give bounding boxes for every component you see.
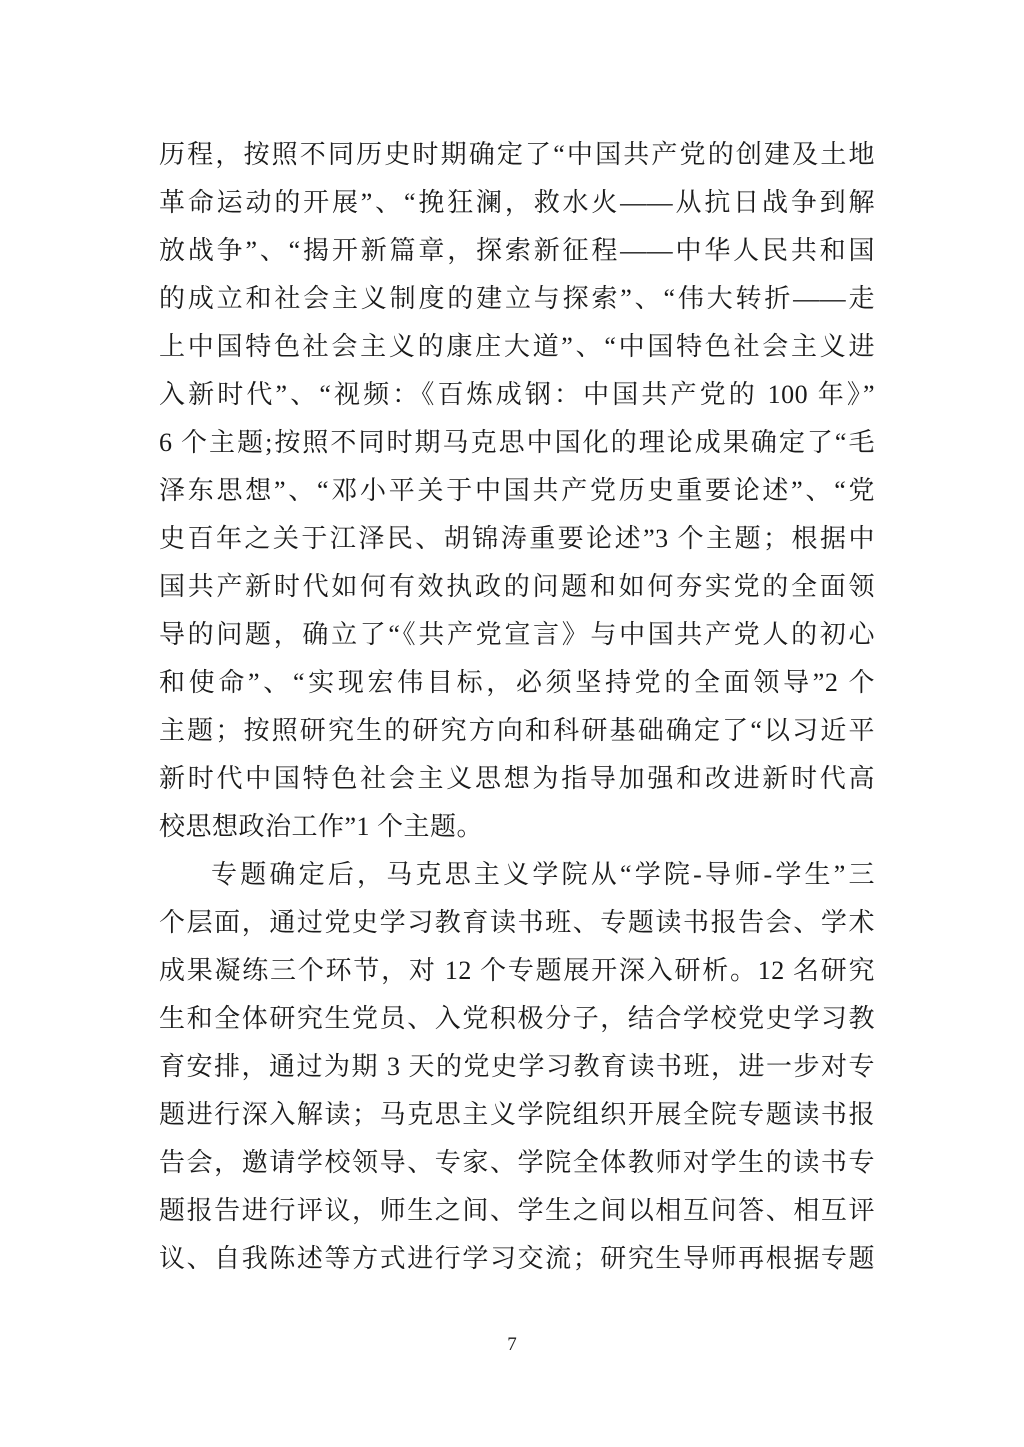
document-page: 历程，按照不同历史时期确定了“中国共产党的创建及土地革命运动的开展”、“挽狂澜，… xyxy=(0,0,1024,1447)
text-line: 专题确定后，马克思主义学院从“学院-导师-学生”三 xyxy=(159,851,875,899)
text-line: 成果凝练三个环节，对 12 个专题展开深入研析。12 名研究 xyxy=(159,947,875,995)
text-line: 题进行深入解读；马克思主义学院组织开展全院专题读书报 xyxy=(159,1091,875,1139)
text-line: 的成立和社会主义制度的建立与探索”、“伟大转折——走 xyxy=(159,275,875,323)
text-line: 生和全体研究生党员、入党积极分子，结合学校党史学习教 xyxy=(159,995,875,1043)
page-number: 7 xyxy=(0,1333,1024,1357)
text-line: 议、自我陈述等方式进行学习交流；研究生导师再根据专题 xyxy=(159,1235,875,1283)
text-line: 题报告进行评议，师生之间、学生之间以相互问答、相互评 xyxy=(159,1187,875,1235)
document-text-block: 历程，按照不同历史时期确定了“中国共产党的创建及土地革命运动的开展”、“挽狂澜，… xyxy=(159,131,875,1283)
text-line: 校思想政治工作”1 个主题。 xyxy=(159,803,875,851)
text-line: 上中国特色社会主义的康庄大道”、“中国特色社会主义进 xyxy=(159,323,875,371)
text-line: 主题；按照研究生的研究方向和科研基础确定了“以习近平 xyxy=(159,707,875,755)
text-line: 新时代中国特色社会主义思想为指导加强和改进新时代高 xyxy=(159,755,875,803)
text-line: 国共产新时代如何有效执政的问题和如何夯实党的全面领 xyxy=(159,563,875,611)
text-line: 和使命”、“实现宏伟目标，必须坚持党的全面领导”2 个 xyxy=(159,659,875,707)
text-line: 入新时代”、“视频：《百炼成钢：中国共产党的 100 年》” xyxy=(159,371,875,419)
text-line: 告会，邀请学校领导、专家、学院全体教师对学生的读书专 xyxy=(159,1139,875,1187)
text-line: 史百年之关于江泽民、胡锦涛重要论述”3 个主题；根据中 xyxy=(159,515,875,563)
text-line: 泽东思想”、“邓小平关于中国共产党历史重要论述”、“党 xyxy=(159,467,875,515)
text-line: 历程，按照不同历史时期确定了“中国共产党的创建及土地 xyxy=(159,131,875,179)
text-line: 放战争”、“揭开新篇章，探索新征程——中华人民共和国 xyxy=(159,227,875,275)
text-line: 个层面，通过党史学习教育读书班、专题读书报告会、学术 xyxy=(159,899,875,947)
text-line: 育安排，通过为期 3 天的党史学习教育读书班，进一步对专 xyxy=(159,1043,875,1091)
text-line: 导的问题，确立了“《共产党宣言》与中国共产党人的初心 xyxy=(159,611,875,659)
text-line: 6 个主题;按照不同时期马克思中国化的理论成果确定了“毛 xyxy=(159,419,875,467)
text-line: 革命运动的开展”、“挽狂澜，救水火——从抗日战争到解 xyxy=(159,179,875,227)
